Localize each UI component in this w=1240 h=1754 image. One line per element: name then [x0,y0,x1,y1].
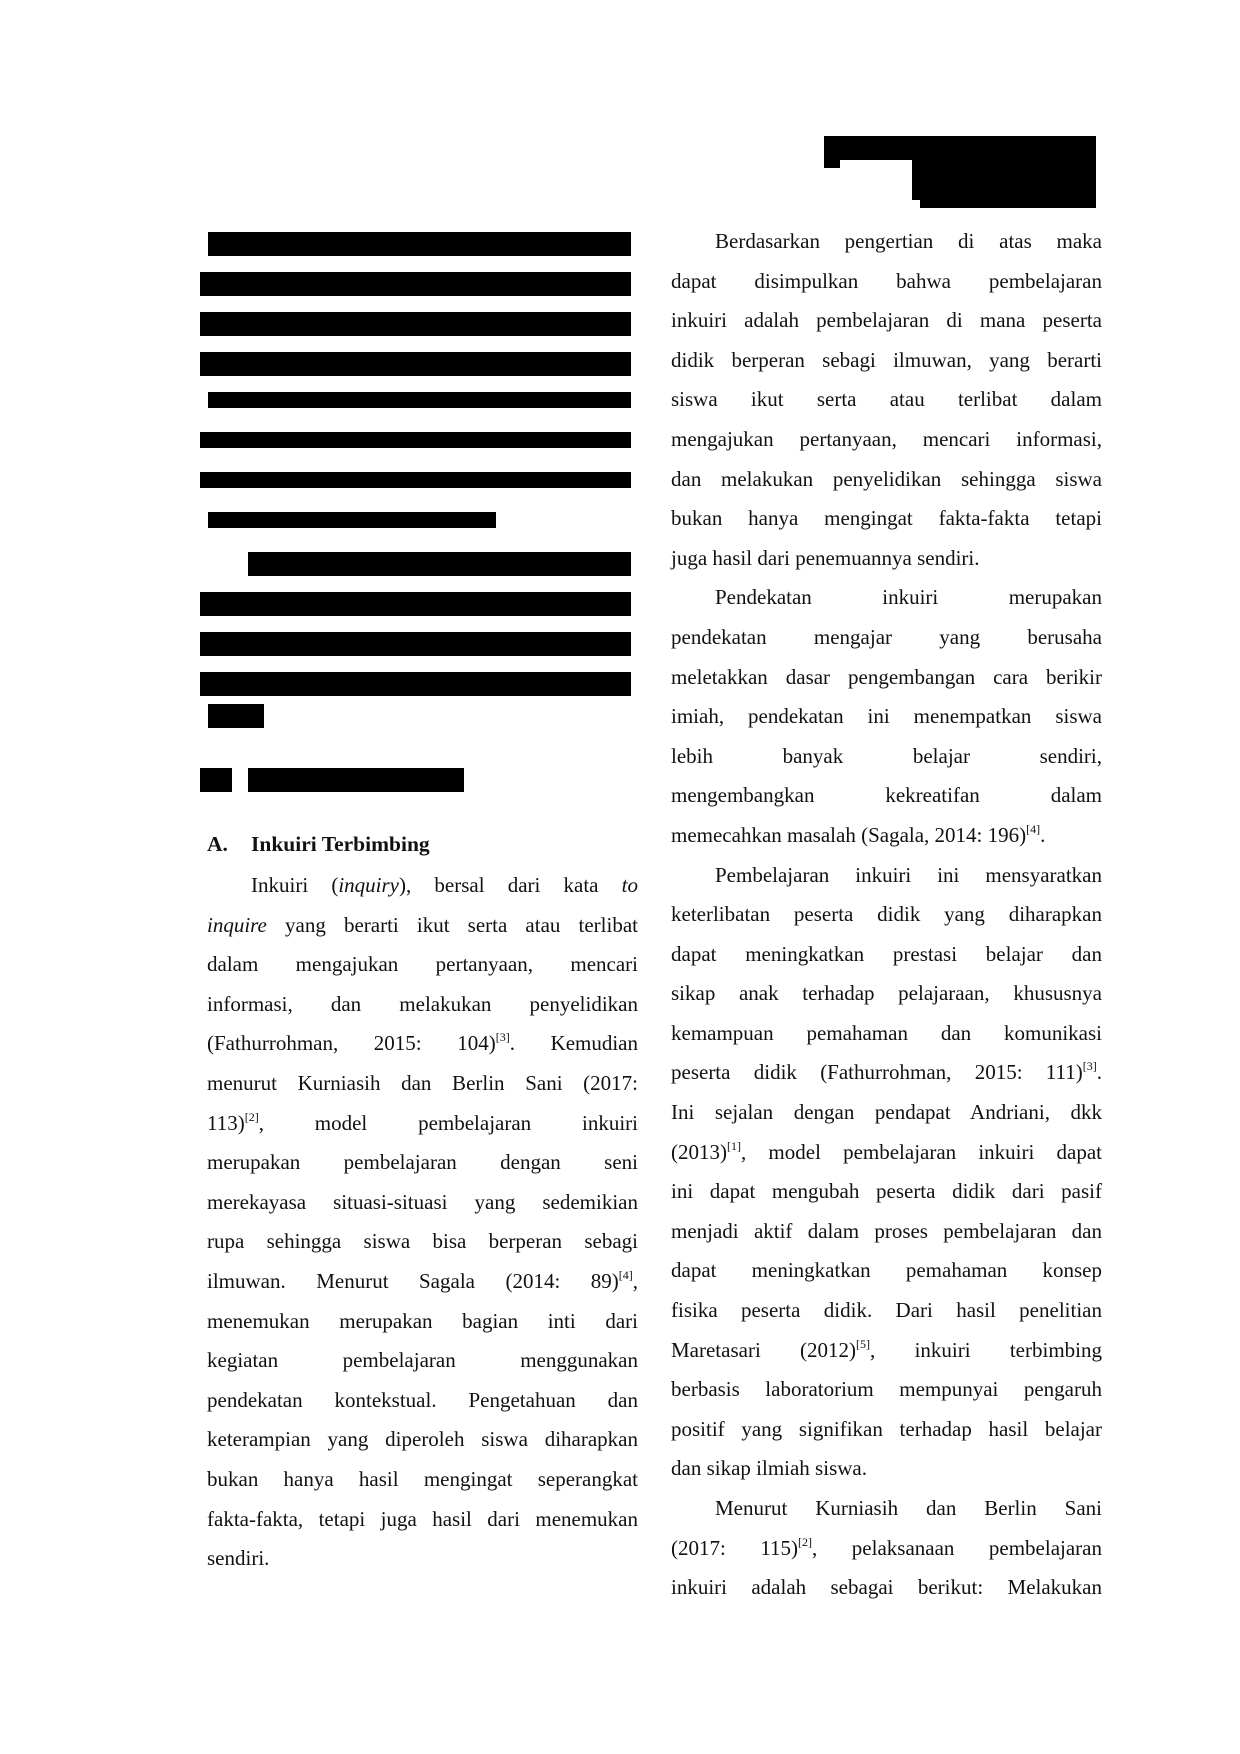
text-line: mengembangkan kekreatifan dalam [671,776,1102,816]
text-line: mengajukan pertanyaan, mencari informasi… [671,420,1102,460]
text-line: informasi, dan melakukan penyelidikan [207,985,638,1025]
subsection-title: Inkuiri Terbimbing [251,832,430,856]
text-line: keterampian yang diperoleh siswa diharap… [207,1420,638,1460]
subsection-number: A. [207,825,251,865]
text-line: meletakkan dasar pengembangan cara berik… [671,658,1102,698]
citation: [1] [727,1139,741,1153]
citation: [5] [856,1337,870,1351]
text-line: Maretasari (2012)[5], inkuiri terbimbing [671,1331,1102,1371]
text-line: fakta-fakta, tetapi juga hasil dari mene… [207,1500,638,1540]
paragraph-syarat-inkuiri: Pembelajaran inkuiri ini mensyaratkan ke… [671,856,1102,1490]
text-line: inkuiri adalah sebagai berikut: Melakuka… [671,1568,1102,1608]
text-line: merupakan pembelajaran dengan seni [207,1143,638,1183]
text-line: dan melakukan penyelidikan sehingga sisw… [671,460,1102,500]
text-line: juga hasil dari penemuannya sendiri. [671,539,1102,579]
text-line: memecahkan masalah (Sagala, 2014: 196)[4… [671,816,1102,856]
text-line: siswa ikut serta atau terlibat dalam [671,380,1102,420]
text-line: inquire yang berarti ikut serta atau ter… [207,906,638,946]
text-line: dapat meningkatkan prestasi belajar dan [671,935,1102,975]
text-line: bukan hanya hasil mengingat seperangkat [207,1460,638,1500]
text-line: pendekatan kontekstual. Pengetahuan dan [207,1381,638,1421]
text-line: ini dapat mengubah peserta didik dari pa… [671,1172,1102,1212]
text-line: fisika peserta didik. Dari hasil penelit… [671,1291,1102,1331]
text-line: (2017: 115)[2], pelaksanaan pembelajaran [671,1529,1102,1569]
text-line: sendiri. [207,1539,638,1579]
text-line: dapat disimpulkan bahwa pembelajaran [671,262,1102,302]
text-line: menurut Kurniasih dan Berlin Sani (2017: [207,1064,638,1104]
citation: [4] [1026,822,1040,836]
subsection-heading: A.Inkuiri Terbimbing [207,825,638,865]
paragraph-pendekatan-inkuiri: Pendekatan inkuiri merupakan pendekatan … [671,578,1102,855]
text-line: ilmuwan. Menurut Sagala (2014: 89)[4], [207,1262,638,1302]
text-line: didik berperan sebagi ilmuwan, yang bera… [671,341,1102,381]
text-line: peserta didik (Fathurrohman, 2015: 111)[… [671,1053,1102,1093]
text-line: kemampuan pemahaman dan komunikasi [671,1014,1102,1054]
text-line: keterlibatan peserta didik yang diharapk… [671,895,1102,935]
text-line: menemukan merupakan bagian inti dari [207,1302,638,1342]
text-line: pendekatan mengajar yang berusaha [671,618,1102,658]
text-line: rupa sehingga siswa bisa berperan sebagi [207,1222,638,1262]
paragraph-pelaksanaan-inkuiri: Menurut Kurniasih dan Berlin Sani (2017:… [671,1489,1102,1608]
text-line: sikap anak terhadap pelajaraan, khususny… [671,974,1102,1014]
text-line: Pembelajaran inkuiri ini mensyaratkan [671,856,1102,896]
citation: [2] [798,1535,812,1549]
citation: [4] [619,1268,633,1282]
paragraph-conclusion: Berdasarkan pengertian di atas maka dapa… [671,222,1102,578]
text-line: Berdasarkan pengertian di atas maka [671,222,1102,262]
text-line: positif yang signifikan terhadap hasil b… [671,1410,1102,1450]
text-line: Inkuiri (inquiry), bersal dari kata to [207,866,638,906]
citation: [3] [1083,1059,1097,1073]
text-line: lebih banyak belajar sendiri, [671,737,1102,777]
text-line: 113)[2], model pembelajaran inkuiri [207,1104,638,1144]
citation: [3] [496,1030,510,1044]
text-line: imiah, pendekatan ini menempatkan siswa [671,697,1102,737]
text-line: dapat meningkatkan pemahaman konsep [671,1251,1102,1291]
text-line: Menurut Kurniasih dan Berlin Sani [671,1489,1102,1529]
text-line: kegiatan pembelajaran menggunakan [207,1341,638,1381]
paragraph-inkuiri-definition: Inkuiri (inquiry), bersal dari kata to i… [207,866,638,1579]
text-line: menjadi aktif dalam proses pembelajaran … [671,1212,1102,1252]
text-line: berbasis laboratorium mempunyai pengaruh [671,1370,1102,1410]
text-line: Pendekatan inkuiri merupakan [671,578,1102,618]
text-line: (2013)[1], model pembelajaran inkuiri da… [671,1133,1102,1173]
text-line: Ini sejalan dengan pendapat Andriani, dk… [671,1093,1102,1133]
text-line: dan sikap ilmiah siswa. [671,1449,1102,1489]
citation: [2] [245,1110,259,1124]
text-line: (Fathurrohman, 2015: 104)[3]. Kemudian [207,1024,638,1064]
text-line: merekayasa situasi-situasi yang sedemiki… [207,1183,638,1223]
text-line: inkuiri adalah pembelajaran di mana pese… [671,301,1102,341]
text-line: dalam mengajukan pertanyaan, mencari [207,945,638,985]
text-line: bukan hanya mengingat fakta-fakta tetapi [671,499,1102,539]
